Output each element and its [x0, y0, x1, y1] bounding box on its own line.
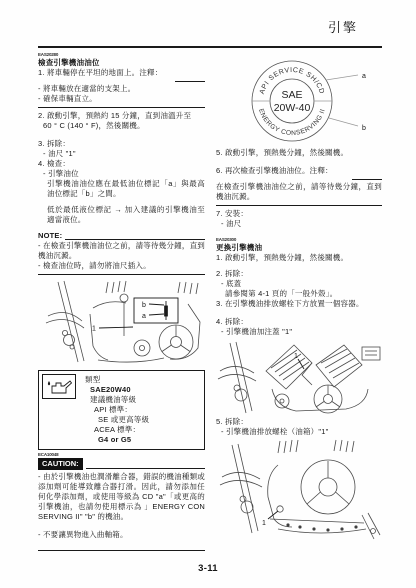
step-7: 7. 安裝：: [216, 209, 382, 219]
api-oil-label-figure: API SERVICE SH/CD ENERGY CONSERVING II S…: [216, 54, 382, 148]
tip-underline: [175, 81, 205, 82]
step-5: 5. 啟動引擎，預熱幾分鐘，然後關機。: [216, 148, 382, 158]
note-header: NOTE:: [38, 231, 205, 241]
divider: [216, 205, 382, 206]
step-4-text-2: 低於最低液位標記 → 加入建議的引擎機油至適當液位。: [38, 205, 205, 225]
figure1-callout-1: 1: [92, 326, 96, 333]
page-number: 3-11: [0, 563, 416, 574]
oil-filler-cap-figure: 1: [216, 337, 382, 417]
tip-underline: [352, 179, 382, 180]
engine-dipstick-figure: b a 1: [38, 278, 205, 366]
left-column: EAS20280 檢查引擎機油油位 1. 將車輛停在平坦的地面上。注釋： - 將…: [38, 52, 205, 555]
note-label: NOTE:: [38, 231, 62, 241]
oil-can-icon: [42, 374, 76, 399]
step-2-cont: 60 ° C (140 ° F)，然後關機。: [38, 121, 205, 131]
note-item: - 檢查油位時，請勿將油尺插入。: [38, 261, 205, 271]
caution-underline: [86, 468, 205, 469]
caution-label: CAUTION:: [38, 458, 83, 470]
figure2-callout-1: 1: [294, 353, 298, 360]
caution-paragraph-2: - 不要讓異物進入曲軸箱。: [38, 530, 205, 540]
spec-acea-label: ACEA 標準：: [85, 425, 200, 435]
caution-paragraph: - 由於引擎機油也潤滑離合器，錯誤的機油種類或添加劑可能導致離合器打滑。因此，請…: [38, 472, 205, 522]
divider: [38, 107, 205, 108]
spec-acea-value: G4 or G5: [85, 435, 200, 445]
right-column: API SERVICE SH/CD ENERGY CONSERVING II S…: [216, 54, 382, 549]
note-item: - 在檢查引擎機油油位之前，請等待幾分鐘，直到機油沉澱。: [38, 241, 205, 261]
change-step-2: 2. 拆除：: [216, 269, 382, 279]
caution-header: CAUTION:: [38, 458, 205, 470]
step-1: 1. 將車輛停在平坦的地面上。注釋：: [38, 68, 205, 78]
step-4-text: 引擎機油油位應在最低油位標記「a」與最高油位標記「b」之間。: [38, 179, 205, 199]
tip-item: - 確保車輛直立。: [38, 94, 205, 104]
spec-type-label: 類型: [85, 375, 200, 385]
section-heading-change-oil: 更換引擎機油: [216, 243, 382, 253]
change-step-5-item: - 引擎機油排放螺栓（油箱）"1": [216, 427, 382, 437]
step-4: 4. 檢查：: [38, 159, 205, 169]
step-7-item: - 油尺: [216, 219, 382, 229]
spec-recommend-label: 建議機油等級: [85, 395, 200, 405]
change-step-4: 4. 拆除：: [216, 317, 382, 327]
donut-mark-b: b: [362, 125, 366, 132]
figure1-mark-b: b: [142, 302, 146, 309]
spec-api-value: SE 或更高等級: [85, 415, 200, 425]
donut-mark-a: a: [362, 73, 366, 80]
oil-spec-table: 類型 SAE20W40 建議機油等級 API 標準： SE 或更高等級 ACEA…: [38, 370, 205, 450]
section-end-rule: [38, 550, 205, 551]
step-2: 2. 啟動引擎，預熱約 15 分鐘，直到油溫升至: [38, 111, 205, 121]
change-step-1: 1. 啟動引擎，預熱幾分鐘，然後關機。: [216, 253, 382, 263]
step-6-tip: 在檢查引擎機油油位之前，請等待幾分鐘，直到機油沉澱。: [216, 182, 382, 202]
change-step-3: 3. 在引擎機油排放螺栓下方放置一個容器。: [216, 299, 382, 309]
step-4-item: - 引擎油位: [38, 169, 205, 179]
divider: [38, 274, 205, 275]
spec-oil-grade: SAE20W40: [85, 385, 200, 395]
figure1-mark-a: a: [142, 313, 146, 320]
change-step-2-ref: 請參閱第 4-1 頁的「一般外殼」。: [216, 289, 382, 299]
step-3-item: - 油尺 "1": [38, 149, 205, 159]
change-step-4-item: - 引擎機油加注蓋 "1": [216, 327, 382, 337]
sae-label: SAE: [281, 89, 302, 101]
section-heading-check-oil: 檢查引擎機油油位: [38, 58, 205, 68]
viscosity-label: 20W-40: [274, 102, 311, 114]
spec-api-label: API 標準：: [85, 405, 200, 415]
change-step-2-item: - 底蓋: [216, 279, 382, 289]
oil-drain-bolt-figure: 1: [216, 437, 382, 549]
header-rule: [38, 46, 382, 48]
manual-page: 引擎 EAS20280 檢查引擎機油油位 1. 將車輛停在平坦的地面上。注釋： …: [0, 0, 416, 588]
step-6: 6. 再次檢查引擎機油油位。注釋：: [216, 166, 382, 176]
page-title: 引擎: [328, 17, 358, 36]
step-3: 3. 拆除：: [38, 139, 205, 149]
figure3-callout-1: 1: [262, 520, 266, 527]
change-step-5: 5. 拆除：: [216, 417, 382, 427]
tip-item: - 將車輛放在適當的支架上。: [38, 84, 205, 94]
note-underline: [65, 239, 205, 240]
